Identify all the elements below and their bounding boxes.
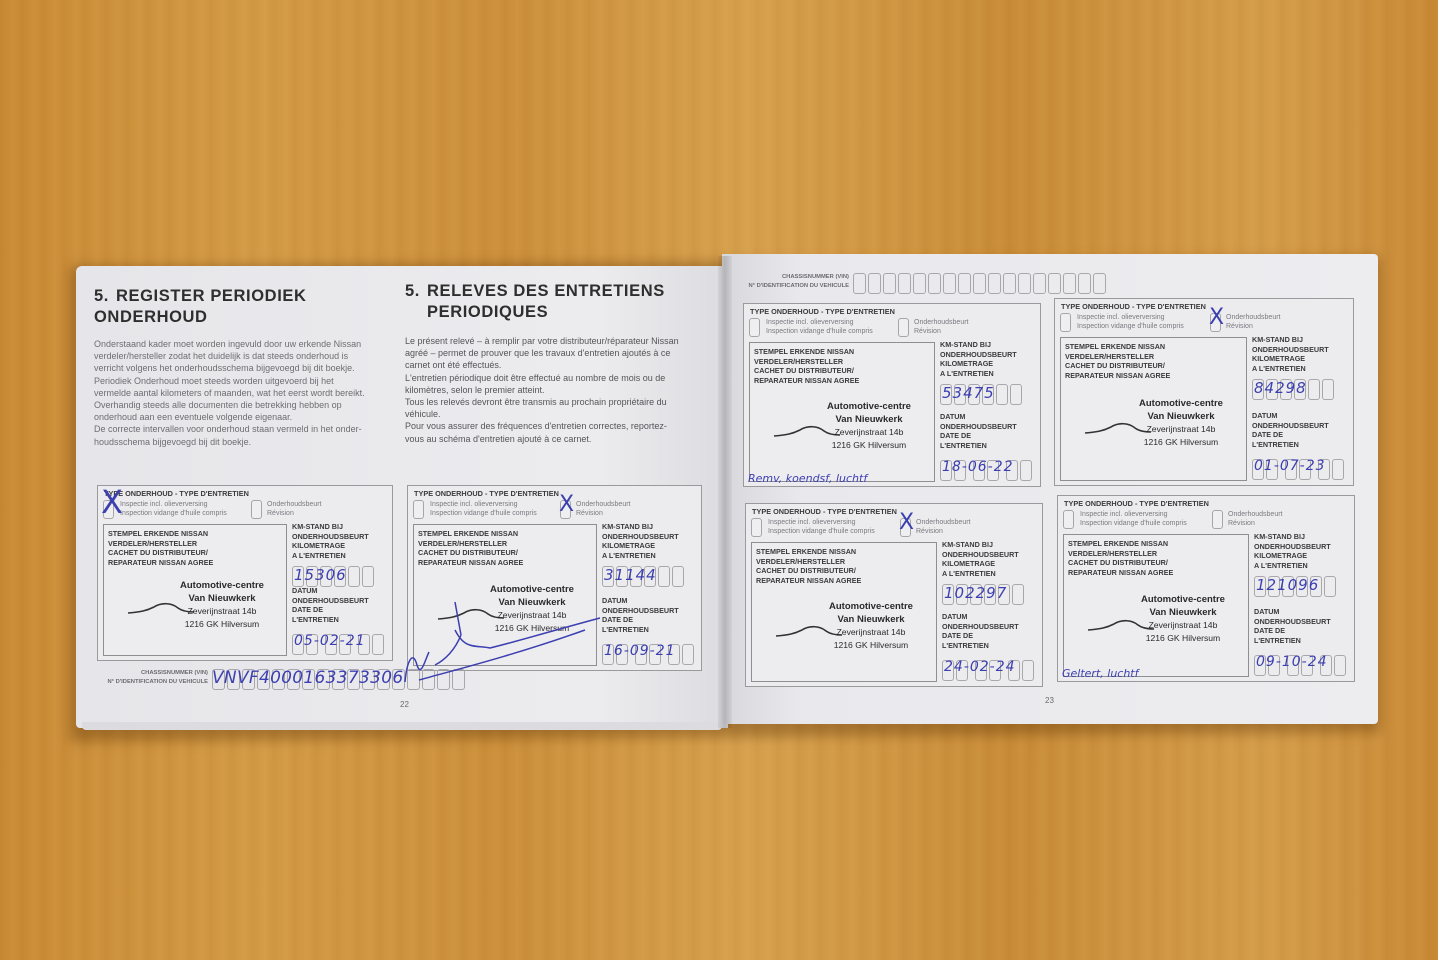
- label-inspection: Inspectie incl. olieverversing Inspectio…: [1077, 313, 1184, 331]
- label-revision: Onderhoudsbeurt Révision: [1228, 510, 1282, 528]
- label-fr: Révision: [916, 527, 970, 536]
- checkbox-revision[interactable]: [1212, 510, 1223, 529]
- stamp-line: VERDELER/HERSTELLER: [754, 357, 859, 367]
- intro-text-nl: Onderstaand kader moet worden ingevuld d…: [94, 338, 365, 448]
- dealer-name: Automotive-centre: [1139, 398, 1223, 411]
- km-value: 121096: [1256, 576, 1319, 594]
- date-line: DATE DE: [602, 615, 679, 625]
- text-line: onderhoud aan een eventuele volgende eig…: [94, 411, 365, 423]
- vin-boxes[interactable]: [853, 273, 1106, 294]
- km-value: 53475: [942, 384, 995, 402]
- date-line: L'ENTRETIEN: [940, 441, 1017, 451]
- date-line: ONDERHOUDSBEURT: [292, 596, 369, 606]
- text-line: Overhandig steeds alle documenten die be…: [94, 399, 365, 411]
- stamp-line: REPARATEUR NISSAN AGREE: [756, 576, 861, 586]
- vin-row-right: CHASSISNUMMER (VIN) N° D'IDENTIFICATION …: [853, 273, 1106, 294]
- maintenance-entry-form: TYPE ONDERHOUD - TYPE D'ENTRETIEN Inspec…: [743, 303, 1041, 487]
- date-line: DATUM: [602, 596, 679, 606]
- km-line: ONDERHOUDSBEURT: [292, 532, 369, 542]
- km-line: KM-STAND BIJ: [292, 522, 369, 532]
- text-line: vermelde aantal kilometers of maanden, w…: [94, 387, 365, 399]
- km-line: KM-STAND BIJ: [940, 340, 1017, 350]
- check-mark-icon: X: [899, 512, 914, 534]
- title-line-1: REGISTER PERIODIEK: [116, 287, 307, 305]
- page-number-left: 22: [400, 700, 409, 709]
- dealer-name: Automotive-centre: [827, 401, 911, 414]
- vin-label-fr: N° D'IDENTIFICATION DU VEHICULE: [748, 282, 849, 291]
- page-edge: [82, 722, 722, 730]
- intro-text-fr: Le présent relevé – à remplir par votre …: [405, 335, 679, 445]
- type-heading: TYPE ONDERHOUD - TYPE D'ENTRETIEN: [750, 307, 895, 316]
- date-label: DATUM ONDERHOUDSBEURT DATE DE L'ENTRETIE…: [942, 612, 1019, 650]
- km-line: KILOMETRAGE: [1252, 354, 1329, 364]
- text-line: verricht volgens het onderhoudsschema bi…: [94, 362, 365, 374]
- text-line: houdsschema bijgevoegd bij dit boekje.: [94, 436, 365, 448]
- dealer-street: Zeverijnstraat 14b: [180, 605, 264, 618]
- checkbox-inspection[interactable]: [751, 518, 762, 537]
- label-nl: Onderhoudsbeurt: [1226, 313, 1280, 322]
- text-line: Le présent relevé – à remplir par votre …: [405, 335, 679, 347]
- date-line: DATUM: [292, 586, 369, 596]
- dealer-city: 1216 GK Hilversum: [180, 618, 264, 631]
- label-revision: Onderhoudsbeurt Révision: [916, 518, 970, 536]
- label-nl: Onderhoudsbeurt: [267, 500, 321, 509]
- km-line: KM-STAND BIJ: [602, 522, 679, 532]
- date-line: L'ENTRETIEN: [942, 641, 1019, 651]
- label-fr: Révision: [576, 509, 630, 518]
- signature-scribble: [395, 590, 605, 690]
- date-line: L'ENTRETIEN: [1252, 440, 1329, 450]
- date-label: DATUM ONDERHOUDSBEURT DATE DE L'ENTRETIE…: [292, 586, 369, 624]
- text-line: carnet ont été effectués.: [405, 359, 679, 371]
- stamp-line: CACHET DU DISTRIBUTEUR/: [108, 548, 213, 558]
- maintenance-entry-form: TYPE ONDERHOUD - TYPE D'ENTRETIEN Inspec…: [745, 503, 1043, 687]
- type-heading: TYPE ONDERHOUD - TYPE D'ENTRETIEN: [1061, 302, 1206, 311]
- type-heading: TYPE ONDERHOUD - TYPE D'ENTRETIEN: [414, 489, 559, 498]
- label-inspection: Inspectie incl. olieverversing Inspectio…: [430, 500, 537, 518]
- date-value: 09-10-24: [1256, 654, 1328, 670]
- checkbox-revision[interactable]: [251, 500, 262, 519]
- stamp-line: REPARATEUR NISSAN AGREE: [1065, 371, 1170, 381]
- km-line: A L'ENTRETIEN: [1252, 364, 1329, 374]
- km-line: A L'ENTRETIEN: [942, 569, 1019, 579]
- dealer-city: 1216 GK Hilversum: [827, 439, 911, 452]
- date-line: DATUM: [940, 412, 1017, 422]
- date-line: DATUM: [1254, 607, 1331, 617]
- section-title-nl: 5.REGISTER PERIODIEK ONDERHOUD: [94, 286, 307, 328]
- dealer-street: Zeverijnstraat 14b: [1141, 619, 1225, 632]
- dealer-name: Automotive-centre: [180, 580, 264, 593]
- dealer-stamp-text: Automotive-centre Van Nieuwkerk Zeverijn…: [827, 401, 911, 451]
- dealer-stamp-text: Automotive-centre Van Nieuwkerk Zeverijn…: [829, 601, 913, 651]
- km-value: 102297: [944, 584, 1007, 602]
- title-line-1: RELEVES DES ENTRETIENS: [427, 282, 665, 300]
- date-line: L'ENTRETIEN: [602, 625, 679, 635]
- dealer-stamp-area: STEMPEL ERKENDE NISSAN VERDELER/HERSTELL…: [103, 524, 287, 656]
- label-nl: Inspectie incl. olieverversing: [1077, 313, 1184, 322]
- label-fr: Révision: [1228, 519, 1282, 528]
- stamp-line: VERDELER/HERSTELLER: [1068, 549, 1173, 559]
- label-fr: Inspection vidange d'huile compris: [766, 327, 873, 336]
- stamp-line: STEMPEL ERKENDE NISSAN: [1065, 342, 1170, 352]
- label-fr: Inspection vidange d'huile compris: [430, 509, 537, 518]
- dealer-name-2: Van Nieuwkerk: [1139, 411, 1223, 424]
- date-line: ONDERHOUDSBEURT: [940, 422, 1017, 432]
- stamp-heading: STEMPEL ERKENDE NISSAN VERDELER/HERSTELL…: [1068, 539, 1173, 577]
- text-line: De correcte intervallen voor onderhoud s…: [94, 423, 365, 435]
- km-line: ONDERHOUDSBEURT: [1252, 345, 1329, 355]
- label-nl: Inspectie incl. olieverversing: [766, 318, 873, 327]
- km-line: ONDERHOUDSBEURT: [602, 532, 679, 542]
- section-number: 5.: [405, 281, 427, 302]
- stamp-heading: STEMPEL ERKENDE NISSAN VERDELER/HERSTELL…: [1065, 342, 1170, 380]
- label-fr: Inspection vidange d'huile compris: [120, 509, 227, 518]
- dealer-stamp-text: Automotive-centre Van Nieuwkerk Zeverijn…: [180, 580, 264, 630]
- date-label: DATUM ONDERHOUDSBEURT DATE DE L'ENTRETIE…: [1254, 607, 1331, 645]
- type-heading: TYPE ONDERHOUD - TYPE D'ENTRETIEN: [1064, 499, 1209, 508]
- check-mark-icon: X: [1209, 307, 1224, 329]
- text-line: L'entretien périodique doit être effectu…: [405, 372, 679, 384]
- stamp-line: REPARATEUR NISSAN AGREE: [418, 558, 523, 568]
- km-line: KILOMETRAGE: [940, 359, 1017, 369]
- km-label: KM-STAND BIJ ONDERHOUDSBEURT KILOMETRAGE…: [1254, 532, 1331, 570]
- km-line: ONDERHOUDSBEURT: [942, 550, 1019, 560]
- vin-label-fr: N° D'IDENTIFICATION DU VEHICULE: [107, 678, 208, 687]
- label-fr: Inspection vidange d'huile compris: [768, 527, 875, 536]
- km-line: KILOMETRAGE: [1254, 551, 1331, 561]
- dealer-name-2: Van Nieuwkerk: [827, 414, 911, 427]
- text-line: kilomètres, selon le premier atteint.: [405, 384, 679, 396]
- dealer-stamp-area: STEMPEL ERKENDE NISSAN VERDELER/HERSTELL…: [1060, 337, 1247, 481]
- label-inspection: Inspectie incl. olieverversing Inspectio…: [1080, 510, 1187, 528]
- checkbox-inspection[interactable]: [1063, 510, 1074, 529]
- date-line: DATE DE: [292, 605, 369, 615]
- dealer-street: Zeverijnstraat 14b: [829, 626, 913, 639]
- label-nl: Inspectie incl. olieverversing: [768, 518, 875, 527]
- date-line: DATUM: [1252, 411, 1329, 421]
- dealer-street: Zeverijnstraat 14b: [827, 426, 911, 439]
- stamp-line: STEMPEL ERKENDE NISSAN: [108, 529, 213, 539]
- dealer-name: Automotive-centre: [1141, 594, 1225, 607]
- km-line: KM-STAND BIJ: [1254, 532, 1331, 542]
- stamp-line: CACHET DU DISTRIBUTEUR/: [418, 548, 523, 558]
- checkbox-inspection[interactable]: [413, 500, 424, 519]
- date-line: DATE DE: [940, 431, 1017, 441]
- km-line: KM-STAND BIJ: [942, 540, 1019, 550]
- stamp-line: VERDELER/HERSTELLER: [418, 539, 523, 549]
- dealer-stamp-area: STEMPEL ERKENDE NISSAN VERDELER/HERSTELL…: [1063, 534, 1249, 677]
- date-label: DATUM ONDERHOUDSBEURT DATE DE L'ENTRETIE…: [940, 412, 1017, 450]
- date-line: ONDERHOUDSBEURT: [1254, 617, 1331, 627]
- date-line: DATUM: [942, 612, 1019, 622]
- km-label: KM-STAND BIJ ONDERHOUDSBEURT KILOMETRAGE…: [292, 522, 369, 560]
- stamp-line: VERDELER/HERSTELLER: [756, 557, 861, 567]
- dealer-city: 1216 GK Hilversum: [829, 639, 913, 652]
- text-line: verdeler/hersteller zodat het duidelijk …: [94, 350, 365, 362]
- label-fr: Inspection vidange d'huile compris: [1080, 519, 1187, 528]
- text-line: agréé – permet de prouver que les travau…: [405, 347, 679, 359]
- section-title-fr: 5.RELEVES DES ENTRETIENS PERIODIQUES: [405, 281, 665, 323]
- label-nl: Onderhoudsbeurt: [914, 318, 968, 327]
- dealer-name-2: Van Nieuwkerk: [829, 614, 913, 627]
- date-line: L'ENTRETIEN: [1254, 636, 1331, 646]
- dealer-street: Zeverijnstraat 14b: [1139, 423, 1223, 436]
- label-fr: Révision: [1226, 322, 1280, 331]
- date-line: DATE DE: [1254, 626, 1331, 636]
- maintenance-entry-form: TYPE ONDERHOUD - TYPE D'ENTRETIEN Inspec…: [1057, 495, 1355, 682]
- stamp-line: STEMPEL ERKENDE NISSAN: [1068, 539, 1173, 549]
- vin-label: CHASSISNUMMER (VIN) N° D'IDENTIFICATION …: [107, 669, 208, 687]
- km-line: A L'ENTRETIEN: [940, 369, 1017, 379]
- label-nl: Inspectie incl. olieverversing: [1080, 510, 1187, 519]
- vin-label-nl: CHASSISNUMMER (VIN): [748, 273, 849, 282]
- km-label: KM-STAND BIJ ONDERHOUDSBEURT KILOMETRAGE…: [942, 540, 1019, 578]
- dealer-city: 1216 GK Hilversum: [1141, 632, 1225, 645]
- date-line: ONDERHOUDSBEURT: [1252, 421, 1329, 431]
- maintenance-entry-form: TYPE ONDERHOUD - TYPE D'ENTRETIEN Inspec…: [97, 485, 393, 661]
- label-revision: Onderhoudsbeurt Révision: [914, 318, 968, 336]
- label-nl: Inspectie incl. olieverversing: [430, 500, 537, 509]
- label-fr: Révision: [914, 327, 968, 336]
- km-line: A L'ENTRETIEN: [292, 551, 369, 561]
- stamp-line: CACHET DU DISTRIBUTEUR/: [1065, 361, 1170, 371]
- date-label: DATUM ONDERHOUDSBEURT DATE DE L'ENTRETIE…: [602, 596, 679, 634]
- stamp-heading: STEMPEL ERKENDE NISSAN VERDELER/HERSTELL…: [754, 347, 859, 385]
- stamp-line: REPARATEUR NISSAN AGREE: [1068, 568, 1173, 578]
- checkbox-revision[interactable]: [898, 318, 909, 337]
- date-line: L'ENTRETIEN: [292, 615, 369, 625]
- text-line: véhicule.: [405, 408, 679, 420]
- km-line: ONDERHOUDSBEURT: [940, 350, 1017, 360]
- label-revision: Onderhoudsbeurt Révision: [576, 500, 630, 518]
- maintenance-entry-form: TYPE ONDERHOUD - TYPE D'ENTRETIEN Inspec…: [1054, 298, 1354, 486]
- dealer-stamp-text: Automotive-centre Van Nieuwkerk Zeverijn…: [1141, 594, 1225, 644]
- title-line-2: PERIODIQUES: [405, 302, 665, 323]
- section-number: 5.: [94, 286, 116, 307]
- date-value: 16-09-21: [604, 643, 676, 659]
- label-inspection: Inspectie incl. olieverversing Inspectio…: [120, 500, 227, 518]
- page-number-right: 23: [1045, 696, 1054, 705]
- text-line: vous au schéma d'entretien ajouté à ce c…: [405, 433, 679, 445]
- date-line: ONDERHOUDSBEURT: [602, 606, 679, 616]
- km-value: 31144: [604, 566, 657, 584]
- type-heading: TYPE ONDERHOUD - TYPE D'ENTRETIEN: [752, 507, 897, 516]
- dealer-name-2: Van Nieuwkerk: [1141, 607, 1225, 620]
- type-heading: TYPE ONDERHOUD - TYPE D'ENTRETIEN: [104, 489, 249, 498]
- text-line: Tous les relevés devront être transmis a…: [405, 396, 679, 408]
- stamp-heading: STEMPEL ERKENDE NISSAN VERDELER/HERSTELL…: [108, 529, 213, 567]
- label-revision: Onderhoudsbeurt Révision: [267, 500, 321, 518]
- label-inspection: Inspectie incl. olieverversing Inspectio…: [768, 518, 875, 536]
- km-line: A L'ENTRETIEN: [602, 551, 679, 561]
- text-line: Pour vous assurer des fréquences d'entre…: [405, 420, 679, 432]
- km-line: KILOMETRAGE: [602, 541, 679, 551]
- date-label: DATUM ONDERHOUDSBEURT DATE DE L'ENTRETIE…: [1252, 411, 1329, 449]
- km-line: ONDERHOUDSBEURT: [1254, 542, 1331, 552]
- stamp-line: CACHET DU DISTRIBUTEUR/: [756, 566, 861, 576]
- checkbox-inspection[interactable]: [749, 318, 760, 337]
- label-inspection: Inspectie incl. olieverversing Inspectio…: [766, 318, 873, 336]
- stamp-line: VERDELER/HERSTELLER: [108, 539, 213, 549]
- stamp-line: VERDELER/HERSTELLER: [1065, 352, 1170, 362]
- date-line: ONDERHOUDSBEURT: [942, 622, 1019, 632]
- text-line: Periodiek Onderhoud moet steeds worden u…: [94, 375, 365, 387]
- km-label: KM-STAND BIJ ONDERHOUDSBEURT KILOMETRAGE…: [602, 522, 679, 560]
- title-line-2: ONDERHOUD: [94, 307, 307, 328]
- handwritten-note: Geltert, luchtf: [1062, 667, 1139, 680]
- km-line: KILOMETRAGE: [292, 541, 369, 551]
- check-mark-icon: X: [101, 486, 123, 518]
- handwritten-note: Remv, koendsf, luchtf: [748, 472, 867, 485]
- date-value: 18-06-22: [942, 459, 1014, 475]
- text-line: Onderstaand kader moet worden ingevuld d…: [94, 338, 365, 350]
- stamp-line: STEMPEL ERKENDE NISSAN: [418, 529, 523, 539]
- dealer-stamp-area: STEMPEL ERKENDE NISSAN VERDELER/HERSTELL…: [749, 342, 935, 482]
- date-line: DATE DE: [942, 631, 1019, 641]
- stamp-line: REPARATEUR NISSAN AGREE: [754, 376, 859, 386]
- dealer-name: Automotive-centre: [829, 601, 913, 614]
- booklet-spine: [718, 256, 732, 728]
- vin-label: CHASSISNUMMER (VIN) N° D'IDENTIFICATION …: [748, 273, 849, 291]
- km-line: KM-STAND BIJ: [1252, 335, 1329, 345]
- label-nl: Inspectie incl. olieverversing: [120, 500, 227, 509]
- date-value: 05-02-21: [294, 633, 366, 649]
- date-value: 24-02-24: [944, 659, 1016, 675]
- label-nl: Onderhoudsbeurt: [916, 518, 970, 527]
- stamp-line: REPARATEUR NISSAN AGREE: [108, 558, 213, 568]
- vin-label-nl: CHASSISNUMMER (VIN): [107, 669, 208, 678]
- km-line: KILOMETRAGE: [942, 559, 1019, 569]
- km-value: 84298: [1254, 379, 1307, 397]
- stamp-line: CACHET DU DISTRIBUTEUR/: [1068, 558, 1173, 568]
- stamp-line: STEMPEL ERKENDE NISSAN: [756, 547, 861, 557]
- km-label: KM-STAND BIJ ONDERHOUDSBEURT KILOMETRAGE…: [1252, 335, 1329, 373]
- date-line: DATE DE: [1252, 430, 1329, 440]
- stamp-heading: STEMPEL ERKENDE NISSAN VERDELER/HERSTELL…: [418, 529, 523, 567]
- dealer-stamp-area: STEMPEL ERKENDE NISSAN VERDELER/HERSTELL…: [751, 542, 937, 682]
- label-fr: Inspection vidange d'huile compris: [1077, 322, 1184, 331]
- vin-handwritten: VNVF4000163373306: [212, 668, 403, 688]
- date-value: 01-07-23: [1254, 458, 1326, 474]
- stamp-line: CACHET DU DISTRIBUTEUR/: [754, 366, 859, 376]
- km-value: 15306: [294, 566, 347, 584]
- km-line: A L'ENTRETIEN: [1254, 561, 1331, 571]
- stamp-line: STEMPEL ERKENDE NISSAN: [754, 347, 859, 357]
- dealer-stamp-text: Automotive-centre Van Nieuwkerk Zeverijn…: [1139, 398, 1223, 448]
- label-revision: Onderhoudsbeurt Révision: [1226, 313, 1280, 331]
- checkbox-inspection[interactable]: [1060, 313, 1071, 332]
- stamp-heading: STEMPEL ERKENDE NISSAN VERDELER/HERSTELL…: [756, 547, 861, 585]
- label-nl: Onderhoudsbeurt: [1228, 510, 1282, 519]
- dealer-name-2: Van Nieuwkerk: [180, 593, 264, 606]
- check-mark-icon: X: [559, 494, 574, 516]
- km-label: KM-STAND BIJ ONDERHOUDSBEURT KILOMETRAGE…: [940, 340, 1017, 378]
- dealer-city: 1216 GK Hilversum: [1139, 436, 1223, 449]
- label-nl: Onderhoudsbeurt: [576, 500, 630, 509]
- label-fr: Révision: [267, 509, 321, 518]
